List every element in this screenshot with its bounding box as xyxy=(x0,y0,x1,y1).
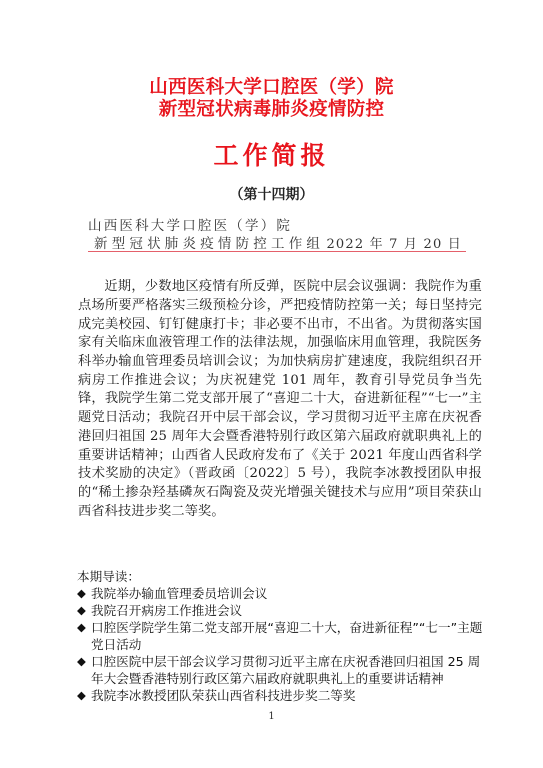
guide-item: ◆ 我院举办输血管理委员培训会议 xyxy=(77,585,487,602)
guide-item: ◆ 口腔医院中层干部会议学习贯彻习近平主席在庆祝香港回归祖国 25 周年大会暨香… xyxy=(77,653,487,687)
guide-item-text: 我院举办输血管理委员培训会议 xyxy=(91,585,487,602)
diamond-bullet-icon: ◆ xyxy=(77,585,91,602)
guide-item: ◆ 口腔医学院学生第二党支部开展“喜迎二十大，奋进新征程”“七一”主题党日活动 xyxy=(77,619,487,653)
brief-title: 工作简报 xyxy=(0,140,543,172)
issuer-line1: 山西医科大学口腔医（学）院 xyxy=(88,218,468,235)
reading-guide: 本期导读： ◆ 我院举办输血管理委员培训会议 ◆ 我院召开病房工作推进会议 ◆ … xyxy=(77,568,487,704)
guide-item-text: 口腔医学院学生第二党支部开展“喜迎二十大，奋进新征程”“七一”主题党日活动 xyxy=(91,619,487,653)
guide-item-text: 我院召开病房工作推进会议 xyxy=(91,602,487,619)
guide-item: ◆ 我院李冰教授团队荣获山西省科技进步奖二等奖 xyxy=(77,687,487,704)
diamond-bullet-icon: ◆ xyxy=(77,602,91,619)
guide-item-text: 口腔医院中层干部会议学习贯彻习近平主席在庆祝香港回归祖国 25 周年大会暨香港特… xyxy=(91,653,487,687)
diamond-bullet-icon: ◆ xyxy=(77,653,91,670)
guide-heading: 本期导读： xyxy=(77,568,487,585)
org-title-line2: 新型冠状病毒肺炎疫情防控 xyxy=(0,99,543,121)
guide-item: ◆ 我院召开病房工作推进会议 xyxy=(77,602,487,619)
header-divider xyxy=(88,251,466,252)
document-page: 山西医科大学口腔医（学）院 新型冠状病毒肺炎疫情防控 工作简报 （第十四期） 山… xyxy=(0,0,543,768)
issuer-header: 山西医科大学口腔医（学）院 新型冠状肺炎疫情防控工作组 2022 年 7 月 2… xyxy=(86,218,468,254)
diamond-bullet-icon: ◆ xyxy=(77,619,91,636)
org-title-line1: 山西医科大学口腔医（学）院 xyxy=(0,77,543,99)
issue-number: （第十四期） xyxy=(0,186,543,204)
diamond-bullet-icon: ◆ xyxy=(77,687,91,704)
guide-item-text: 我院李冰教授团队荣获山西省科技进步奖二等奖 xyxy=(91,687,487,704)
body-paragraph: 近期，少数地区疫情有所反弹，医院中层会议强调：我院作为重点场所要严格落实三级预检… xyxy=(78,278,482,521)
page-number: 1 xyxy=(0,711,543,722)
guide-list: ◆ 我院举办输血管理委员培训会议 ◆ 我院召开病房工作推进会议 ◆ 口腔医学院学… xyxy=(77,585,487,704)
